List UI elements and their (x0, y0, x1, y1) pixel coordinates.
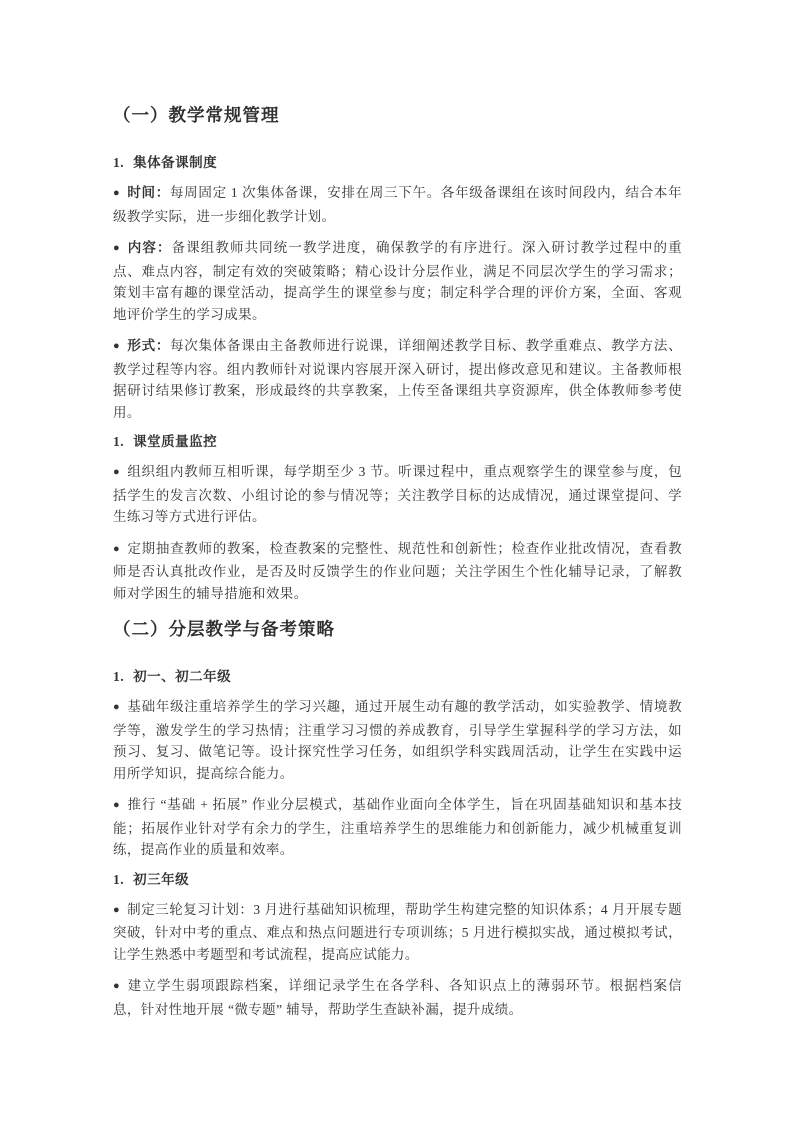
section-heading: （一）教学常规管理 (113, 102, 682, 128)
bullet-icon: ● (113, 701, 120, 713)
document-section: （二）分层教学与备考策略1.初一、初二年级●基础年级注重培养学生的学习兴趣，通过… (113, 616, 682, 1020)
bullet-icon: ● (113, 466, 120, 478)
numbered-item: 1.课堂质量监控 (113, 433, 682, 451)
bullet-icon: ● (113, 799, 121, 811)
bullet-lead-label: 内容： (128, 240, 172, 255)
numbered-item-label: 初一、初二年级 (133, 669, 231, 684)
bullet-paragraph: ●形式：每次集体备课由主备教师进行说课，详细阐述教学目标、教学重难点、教学方法、… (113, 335, 682, 423)
bullet-icon: ● (113, 340, 120, 352)
document-content: （一）教学常规管理1.集体备课制度●时间：每周固定 1 次集体备课，安排在周三下… (113, 102, 682, 1020)
bullet-icon: ● (113, 980, 121, 992)
bullet-icon: ● (113, 543, 120, 555)
bullet-text: 备课组教师共同统一教学进度，确保教学的有序进行。深入研讨教学过程中的重点、难点内… (113, 240, 682, 322)
bullet-paragraph: ●组织组内教师互相听课，每学期至少 3 节。听课过程中，重点观察学生的课堂参与度… (113, 461, 682, 528)
document-section: （一）教学常规管理1.集体备课制度●时间：每周固定 1 次集体备课，安排在周三下… (113, 102, 682, 604)
list-number: 1. (113, 668, 124, 686)
bullet-paragraph: ●制定三轮复习计划：3 月进行基础知识梳理，帮助学生构建完整的知识体系；4 月开… (113, 899, 682, 966)
bullet-paragraph: ●时间：每周固定 1 次集体备课，安排在周三下午。各年级备课组在该时间段内，结合… (113, 182, 682, 227)
bullet-icon: ● (113, 187, 120, 199)
bullet-text: 基础年级注重培养学生的学习兴趣，通过开展生动有趣的教学活动，如实验教学、情境教学… (113, 699, 682, 781)
bullet-lead-label: 时间： (127, 185, 170, 200)
bullet-icon: ● (113, 242, 121, 254)
document-page: （一）教学常规管理1.集体备课制度●时间：每周固定 1 次集体备课，安排在周三下… (0, 0, 793, 1122)
bullet-text: 组织组内教师互相听课，每学期至少 3 节。听课过程中，重点观察学生的课堂参与度，… (113, 464, 682, 524)
bullet-text: 制定三轮复习计划：3 月进行基础知识梳理，帮助学生构建完整的知识体系；4 月开展… (113, 902, 682, 962)
bullet-text: 推行 “基础 + 拓展” 作业分层模式，基础作业面向全体学生，旨在巩固基础知识和… (113, 797, 682, 857)
list-number: 1. (113, 871, 124, 889)
list-number: 1. (113, 154, 124, 172)
numbered-item-label: 课堂质量监控 (133, 434, 217, 449)
numbered-item-label: 初三年级 (133, 872, 189, 887)
numbered-item: 1.初一、初二年级 (113, 668, 682, 686)
numbered-item-label: 集体备课制度 (133, 155, 217, 170)
bullet-paragraph: ●建立学生弱项跟踪档案，详细记录学生在各学科、各知识点上的薄弱环节。根据档案信息… (113, 975, 682, 1020)
list-number: 1. (113, 433, 124, 451)
section-heading: （二）分层教学与备考策略 (113, 616, 682, 642)
bullet-paragraph: ●定期抽查教师的教案，检查教案的完整性、规范性和创新性；检查作业批改情况，查看教… (113, 538, 682, 605)
bullet-text: 建立学生弱项跟踪档案，详细记录学生在各学科、各知识点上的薄弱环节。根据档案信息，… (113, 978, 682, 1017)
numbered-item: 1.集体备课制度 (113, 154, 682, 172)
bullet-paragraph: ●内容：备课组教师共同统一教学进度，确保教学的有序进行。深入研讨教学过程中的重点… (113, 237, 682, 325)
bullet-text: 定期抽查教师的教案，检查教案的完整性、规范性和创新性；检查作业批改情况，查看教师… (113, 541, 682, 601)
bullet-icon: ● (113, 904, 120, 916)
bullet-paragraph: ●推行 “基础 + 拓展” 作业分层模式，基础作业面向全体学生，旨在巩固基础知识… (113, 794, 682, 861)
bullet-text: 每次集体备课由主备教师进行说课，详细阐述教学目标、教学重难点、教学方法、教学过程… (113, 338, 682, 420)
bullet-lead-label: 形式： (127, 338, 170, 353)
bullet-text: 每周固定 1 次集体备课，安排在周三下午。各年级备课组在该时间段内，结合本年级教… (113, 185, 682, 224)
bullet-paragraph: ●基础年级注重培养学生的学习兴趣，通过开展生动有趣的教学活动，如实验教学、情境教… (113, 696, 682, 784)
numbered-item: 1.初三年级 (113, 871, 682, 889)
